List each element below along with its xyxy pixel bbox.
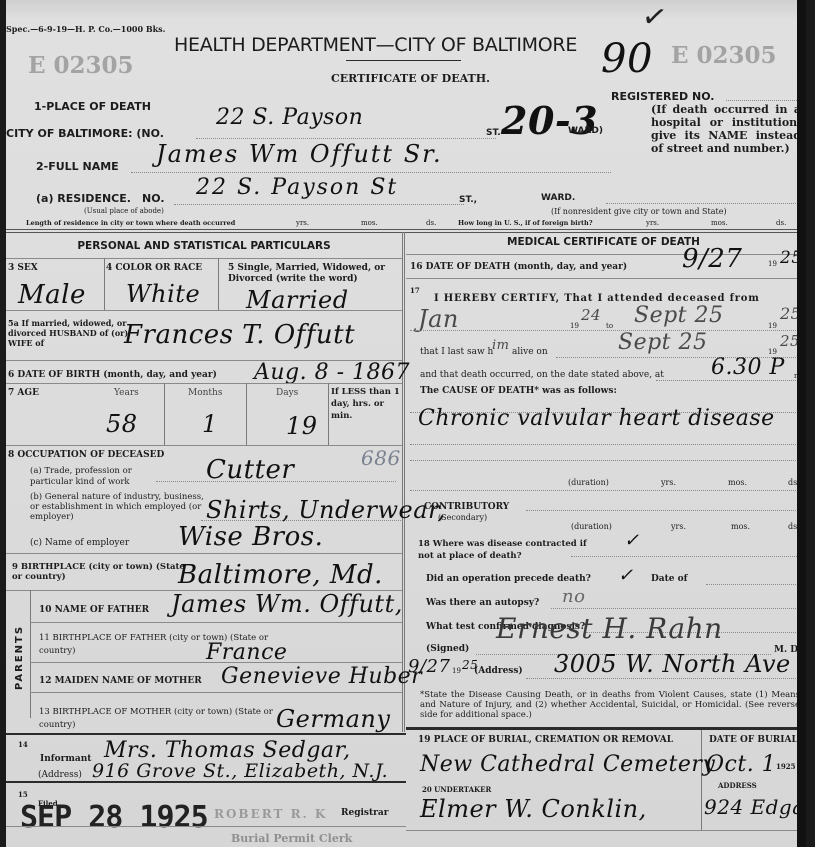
trade-label: (a) Trade, profession or particular kind… [30,466,170,488]
sex-label: 3 SEX [8,263,38,273]
attended-to: Sept 25 [634,303,724,328]
informant-address-label: (Address) [38,770,82,780]
residence-no-label: NO. [142,192,165,205]
age-years: 58 [106,410,138,438]
marital-label: 5 Single, Married, Widowed, or Divorced … [228,263,393,285]
filed-date-stamp: SEP 28 1925 [20,800,208,835]
contributory-label: CONTRIBUTORY [424,502,509,512]
last-saw-date: Sept 25 [618,330,708,355]
father-label: 10 NAME OF FATHER [39,605,149,615]
print-spec: Spec.—6-9-19—H. P. Co.—1000 Bks. [6,24,165,34]
birthplace-value: Baltimore, Md. [178,560,383,590]
dod-value: 9/27 [682,244,742,274]
sign-date: 9/27 [408,656,450,677]
ward-label: WARD) [568,126,603,136]
father-value: James Wm. Offutt, [171,590,403,618]
spouse-value: Frances T. Offutt [124,320,355,350]
attended-from: Jan [418,305,459,333]
checkmark-icon: ✓ [639,0,670,37]
foreign-birth-label: How long in U. S., if of foreign birth? [458,219,593,227]
burial-place-label: 19 PLACE OF BURIAL, CREMATION OR REMOVAL [418,735,673,745]
industry-label: (b) General nature of industry, business… [30,492,205,522]
physician-signature: Ernest H. Rahn [496,612,723,645]
item18-check: ✓ [624,530,640,551]
scan-edge [797,0,806,847]
burial-place-value: New Cathedral Cemetery [420,752,715,777]
sex-value: Male [18,280,86,310]
nonresident-note: (If nonresident give city or town and St… [551,207,727,216]
industry-value: Shirts, Underwear, [206,496,446,524]
age-months: 1 [202,410,218,438]
death-time-label: and that death occurred, on the date sta… [420,370,664,380]
registrar-stamp: ROBERT R. K [214,807,327,821]
burial-clerk-stamp: Burial Permit Clerk [231,832,352,845]
column-divider [402,232,405,732]
undertaker-label: 20 UNDERTAKER [422,785,491,794]
burial-date-label: DATE OF BURIAL [709,735,798,745]
stamp-number-right: E 02305 [671,42,777,69]
address-label: (Address) [474,666,523,676]
page-title: HEALTH DEPARTMENT—CITY OF BALTIMORE [174,34,577,56]
certificate-subtitle: CERTIFICATE OF DEATH. [331,72,490,85]
abode-note: (Usual place of abode) [84,207,164,215]
dob-label: 6 DATE OF BIRTH (month, day, and year) [8,370,217,380]
mother-birthplace-value: Germany [276,705,390,733]
less-than-day-label: If LESS than 1 day, hrs. or min. [331,386,401,422]
stamp-number-left: E 02305 [28,52,134,79]
registered-no-label: REGISTERED NO. [611,90,715,103]
occupation-label: 8 OCCUPATION OF DECEASED [8,450,164,460]
dob-value: Aug. 8 - 1867 [254,360,410,385]
hospital-note: (If death occurred in a hospital or inst… [651,103,801,155]
parents-label: PARENTS [14,625,25,690]
undertaker-address: 924 Edgar St. [704,795,806,819]
footnote: *State the Disease Causing Death, or in … [420,690,800,720]
residence-value: 22 S. Payson St [196,175,398,200]
cause-label: The CAUSE OF DEATH* was as follows: [420,386,617,396]
physician-address: 3005 W. North Ave [554,650,791,678]
employer-label: (c) Name of employer [30,538,129,548]
item18-label: 18 Where was disease contracted if not a… [418,538,588,562]
full-name-value: James Wm Offutt Sr. [156,140,443,168]
autopsy-value: no [562,586,585,607]
title-rule [346,60,461,61]
trade-code: 686 [361,446,401,470]
place-of-death-address: 22 S. Payson [216,105,363,130]
length-residence-label: Length of residence in city or town wher… [26,219,235,227]
burial-date-value: Oct. 1 [706,752,776,777]
mother-label: 12 MAIDEN NAME OF MOTHER [39,676,202,686]
residence-ward-label: WARD. [541,193,575,203]
age-days: 19 [286,412,318,440]
operation-label: Did an operation precede death? [426,574,591,584]
undertaker-value: Elmer W. Conklin, [420,795,647,823]
informant-address: 916 Grove St., Elizabeth, N.J. [92,760,388,782]
undertaker-address-label: ADDRESS [718,781,757,790]
cause-value: Chronic valvular heart disease [418,406,775,431]
full-name-label: 2-FULL NAME [36,160,119,173]
place-of-death-label: 1-PLACE OF DEATH [34,100,151,113]
city-label: CITY OF BALTIMORE: (NO. [6,127,164,140]
trade-value: Cutter [206,455,294,485]
race-value: White [126,280,200,308]
autopsy-label: Was there an autopsy? [426,598,539,608]
employer-value: Wise Bros. [178,522,323,552]
age-label: 7 AGE [8,388,39,398]
mother-birthplace-label: 13 BIRTHPLACE OF MOTHER (city or town) (… [39,706,289,732]
spouse-label: 5a If married, widowed, or divorced HUSB… [8,318,138,348]
registrar-label: Registrar [341,808,388,818]
ward-value: 20-3 [501,98,598,143]
st-label: ST. [486,128,501,138]
death-time: 6.30 P [711,355,785,380]
death-certificate: Spec.—6-9-19—H. P. Co.—1000 Bks. HEALTH … [6,0,806,847]
residence-st-label: ST., [459,195,477,205]
informant-label: Informant [40,754,91,764]
personal-section-title: PERSONAL AND STATISTICAL PARTICULARS [6,240,402,252]
handwritten-90: 90 [601,36,653,82]
signed-label: (Signed) [426,644,469,654]
operation-check: ✓ [618,565,634,586]
race-label: 4 COLOR OR RACE [106,263,202,273]
residence-label: (a) RESIDENCE. [36,192,131,205]
mother-value: Genevieve Huber [221,664,422,689]
birthplace-label: 9 BIRTHPLACE (city or town) (State or co… [12,562,192,582]
dod-label: 16 DATE OF DEATH (month, day, and year) [410,262,627,272]
attended-from-year: 24 [581,306,601,324]
last-saw-label: that I last saw h [420,347,493,357]
